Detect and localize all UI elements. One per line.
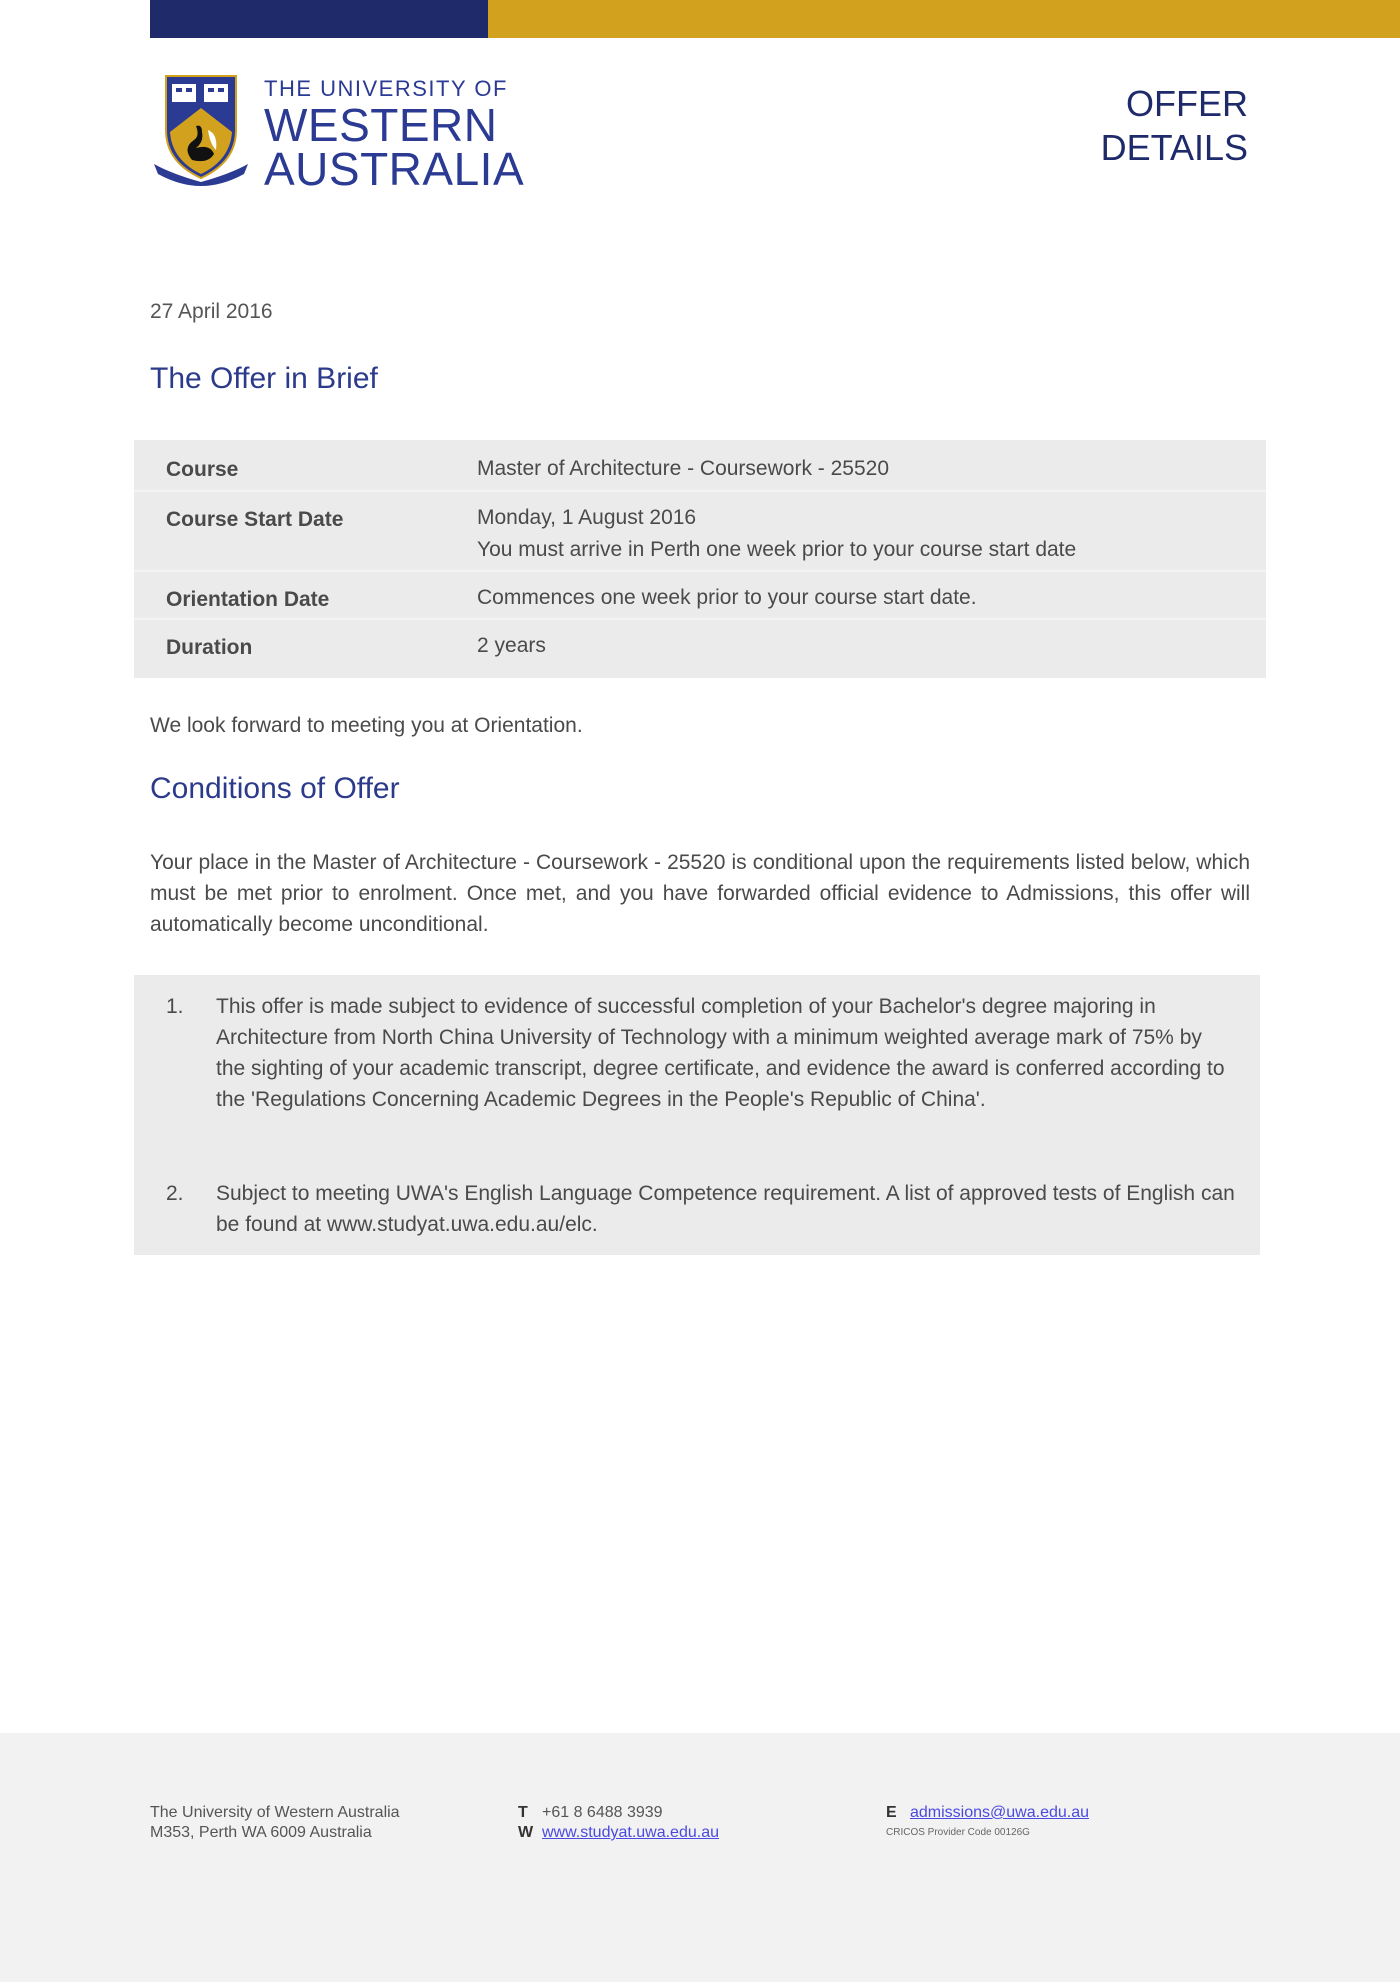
logo-text-line1: THE UNIVERSITY OF	[264, 78, 524, 100]
brief-value: Commences one week prior to your course …	[477, 582, 977, 614]
conditions-heading: Conditions of Offer	[150, 772, 400, 806]
website-link[interactable]: www.studyat.uwa.edu.au	[542, 1824, 719, 1841]
brief-label: Orientation Date	[166, 588, 329, 612]
condition-text: Subject to meeting UWA's English Languag…	[216, 1178, 1236, 1240]
brief-row-duration: Duration 2 years	[134, 618, 1266, 620]
offer-brief-table: Course Master of Architecture - Coursewo…	[134, 440, 1266, 678]
brief-value: Monday, 1 August 2016	[477, 502, 696, 534]
document-title: OFFER DETAILS	[1101, 82, 1248, 170]
phone-key: T	[518, 1803, 542, 1823]
web-key: W	[518, 1823, 542, 1843]
conditions-list: 1. This offer is made subject to evidenc…	[134, 975, 1260, 1255]
brief-label: Course Start Date	[166, 508, 343, 532]
address-line2: M353, Perth WA 6009 Australia	[150, 1823, 400, 1843]
crest-icon	[152, 74, 250, 186]
brief-note: You must arrive in Perth one week prior …	[477, 534, 1076, 566]
footer-email: Eadmissions@uwa.edu.au CRICOS Provider C…	[886, 1803, 1089, 1843]
brief-value: 2 years	[477, 630, 546, 662]
phone-number: +61 8 6488 3939	[542, 1804, 663, 1821]
brief-label: Course	[166, 458, 238, 482]
condition-number: 1.	[166, 991, 184, 1022]
letter-date: 27 April 2016	[150, 300, 273, 324]
footer: The University of Western Australia M353…	[0, 1733, 1400, 1982]
email-link[interactable]: admissions@uwa.edu.au	[910, 1804, 1089, 1821]
brief-row-start-date: Course Start Date Monday, 1 August 2016 …	[134, 490, 1266, 492]
look-forward-text: We look forward to meeting you at Orient…	[150, 710, 1250, 741]
condition-number: 2.	[166, 1178, 184, 1209]
conditions-intro: Your place in the Master of Architecture…	[150, 847, 1250, 940]
document-title-line2: DETAILS	[1101, 126, 1248, 170]
condition-text: This offer is made subject to evidence o…	[216, 991, 1236, 1115]
brief-value: Master of Architecture - Coursework - 25…	[477, 453, 889, 485]
footer-contact: T+61 8 6488 3939 Wwww.studyat.uwa.edu.au	[518, 1803, 719, 1843]
footer-address: The University of Western Australia M353…	[150, 1803, 400, 1843]
header-bar-gold	[488, 0, 1400, 38]
offer-brief-heading: The Offer in Brief	[150, 362, 378, 396]
address-line1: The University of Western Australia	[150, 1803, 400, 1823]
header-color-bar	[150, 0, 1400, 38]
logo-text-line2: WESTERN	[264, 102, 524, 148]
logo-text-line3: AUSTRALIA	[264, 146, 524, 192]
cricos-code: CRICOS Provider Code 00126G	[886, 1823, 1089, 1843]
brief-row-orientation: Orientation Date Commences one week prio…	[134, 570, 1266, 572]
university-logo: THE UNIVERSITY OF WESTERN AUSTRALIA	[152, 74, 524, 192]
email-key: E	[886, 1803, 910, 1823]
header-bar-navy	[150, 0, 488, 38]
document-title-line1: OFFER	[1101, 82, 1248, 126]
brief-label: Duration	[166, 636, 252, 660]
